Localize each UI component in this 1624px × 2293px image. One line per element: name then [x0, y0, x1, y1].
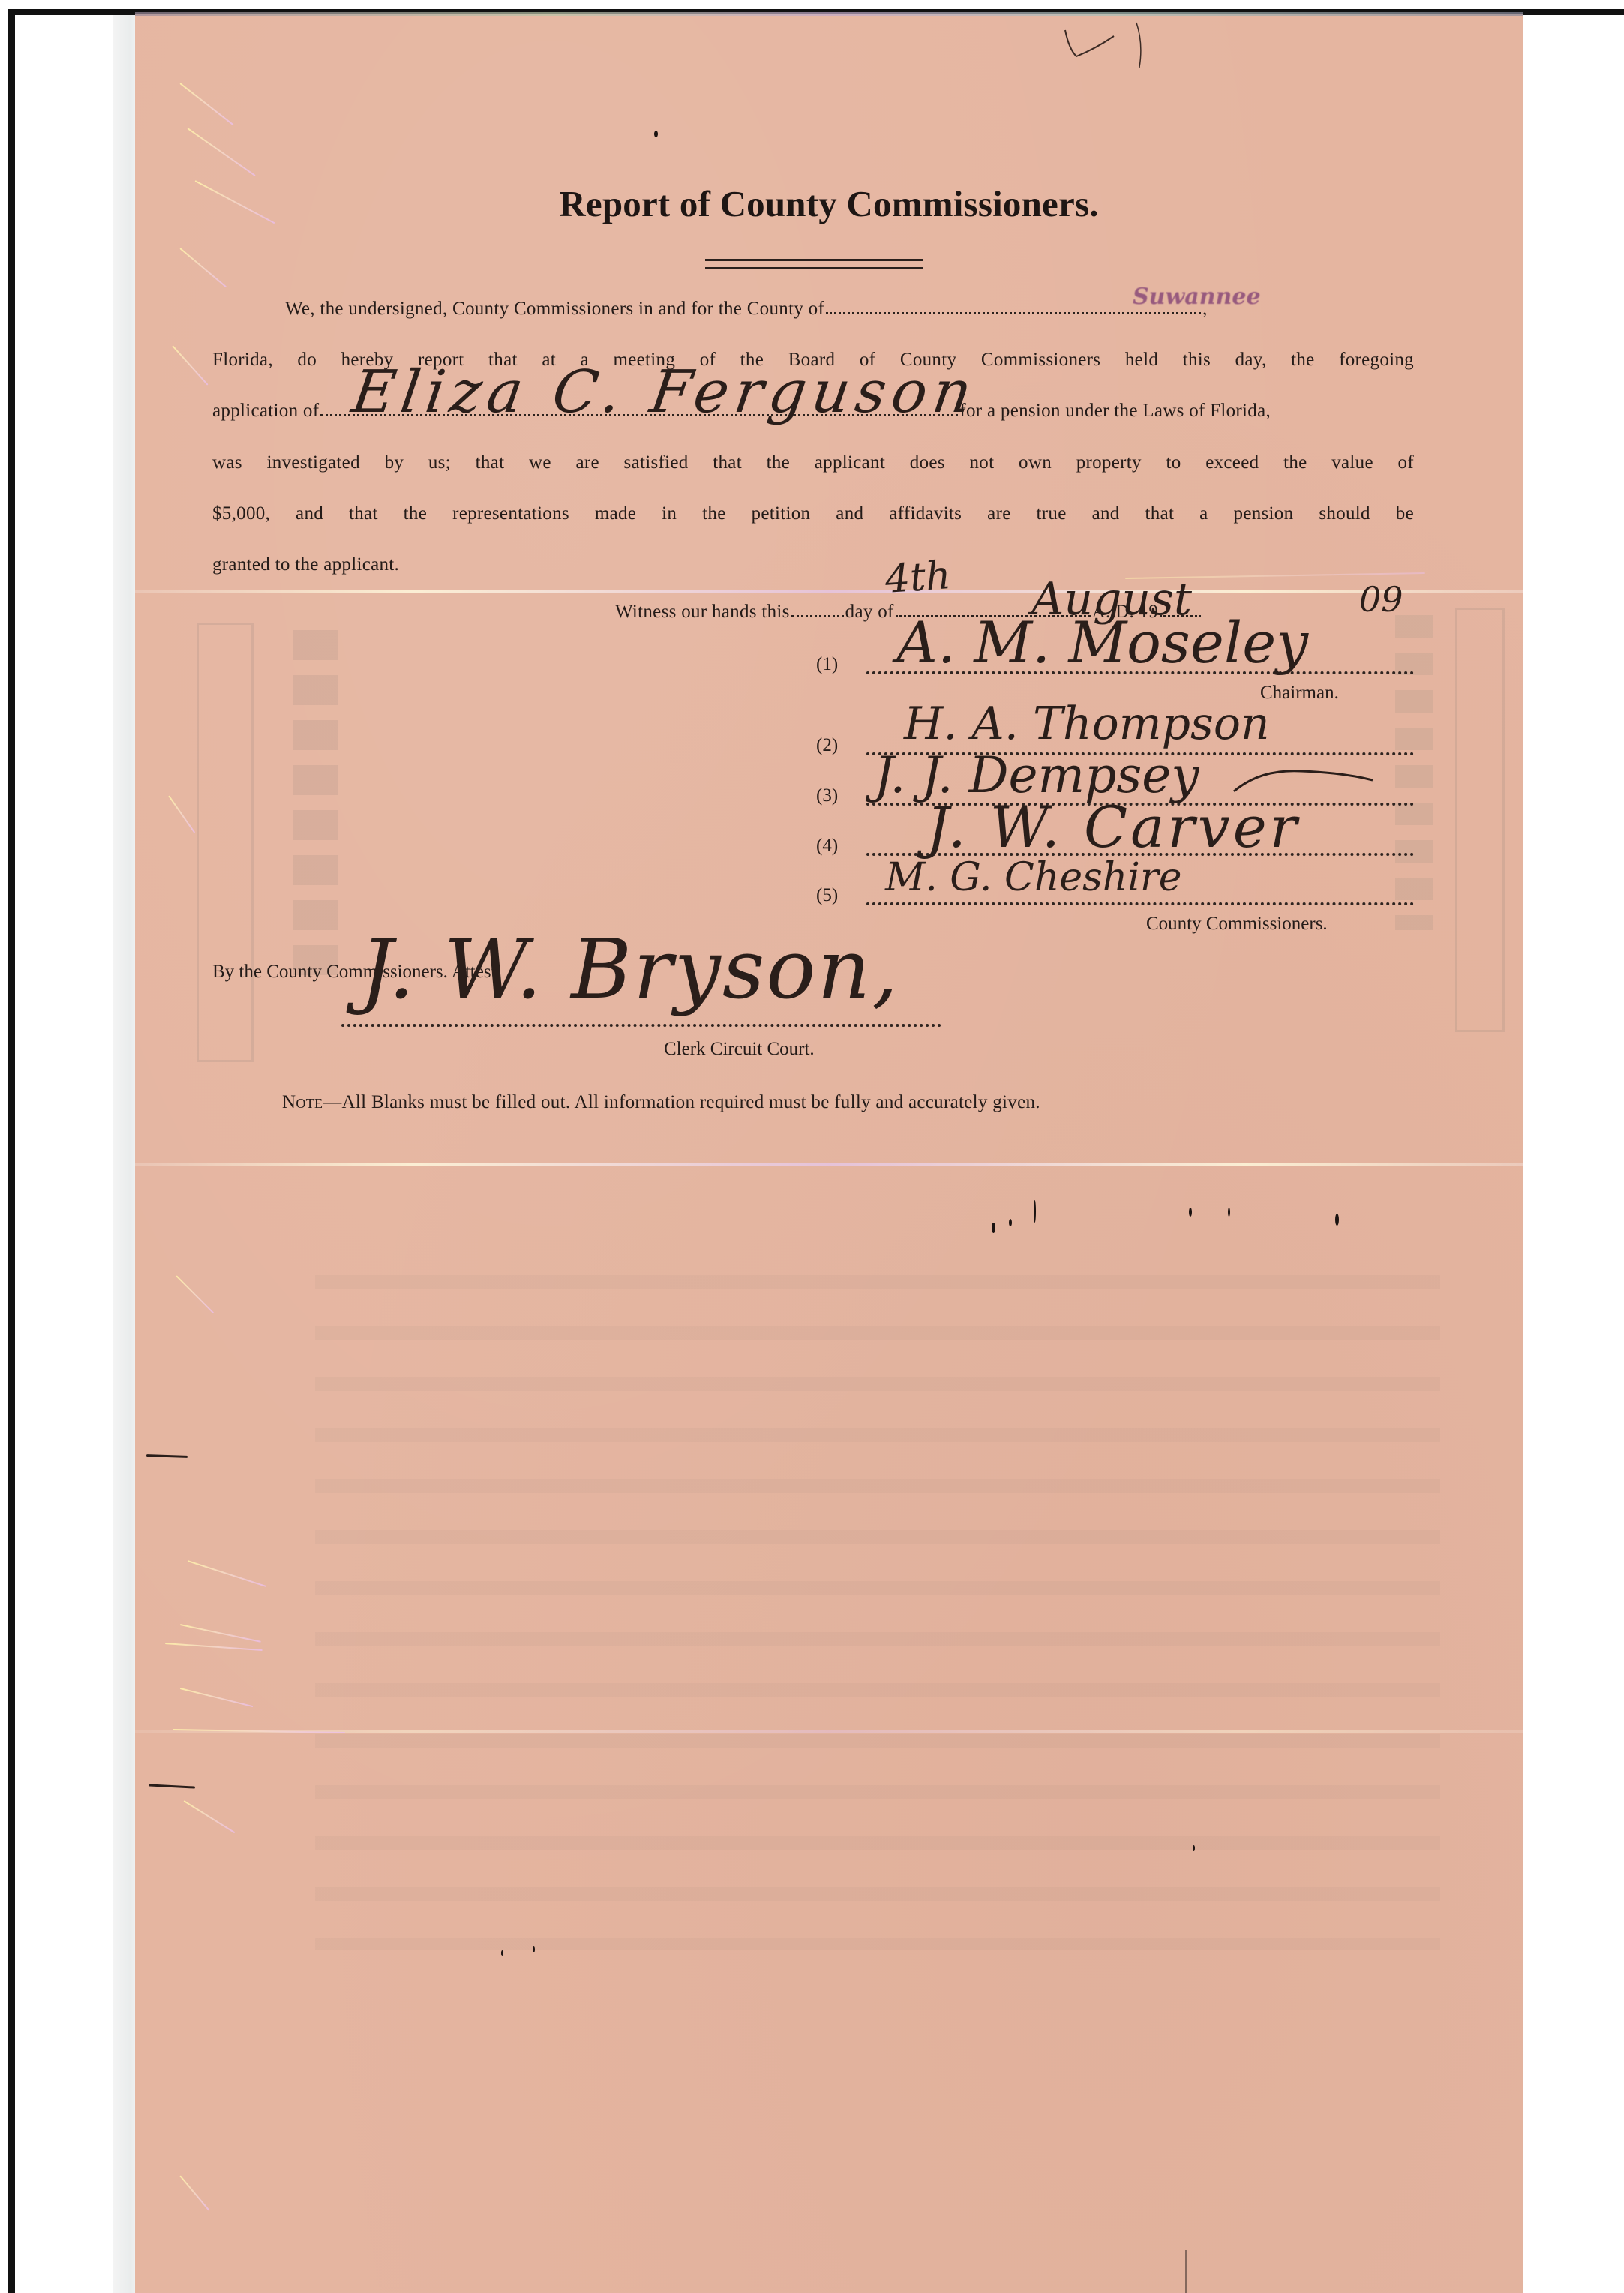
body-line-4: was investigated by us; that we are sati…	[212, 452, 1414, 473]
signature-number: (1)	[816, 654, 838, 675]
signature-line	[866, 902, 1414, 905]
fold-crease	[135, 1163, 1523, 1166]
body-line-6: granted to the applicant.	[212, 554, 399, 575]
note-prefix: Note	[282, 1092, 323, 1112]
bleed-border	[1455, 608, 1505, 1032]
body-line-5: $5,000, and that the representations mad…	[212, 503, 1414, 524]
bleed-lines	[315, 1275, 1440, 1950]
pencil-mark	[1050, 15, 1200, 68]
signature-number: (5)	[816, 885, 838, 906]
pen-flourish	[1230, 765, 1380, 795]
signature-number: (4)	[816, 836, 838, 857]
scanner-frame-left	[8, 9, 15, 2293]
paper-crease	[1185, 2250, 1187, 2293]
document-title: Report of County Commissioners.	[135, 182, 1523, 225]
paper-top-edge	[135, 12, 1523, 16]
chairman-caption: Chairman.	[1260, 683, 1339, 704]
bleed-block	[293, 630, 338, 990]
county-blank	[826, 312, 1201, 314]
signature-number: (2)	[816, 735, 838, 756]
applicant-name-handwritten: Eliza C. Ferguson	[348, 359, 982, 426]
signature-chairman: A. M. Moseley	[896, 609, 1308, 676]
bleed-text	[240, 623, 300, 638]
county-label: We, the undersigned, County Commissioner…	[285, 299, 824, 319]
bleed-block	[1395, 615, 1433, 930]
signature-commissioner-2: H. A. Thompson	[904, 698, 1270, 750]
signature-number: (3)	[816, 785, 838, 806]
year-handwritten: 09	[1359, 579, 1403, 620]
day-blank	[791, 615, 844, 617]
note-line: Note—All Blanks must be filled out. All …	[282, 1092, 1040, 1113]
ink-dot	[654, 131, 658, 137]
clerk-signature: J. W. Bryson,	[360, 921, 899, 1017]
signature-commissioner-4: J. W. Carver	[926, 794, 1300, 860]
county-commissioners-caption: County Commissioners.	[1146, 914, 1328, 935]
clerk-signature-line	[341, 1024, 941, 1027]
county-stamp: Suwannee	[1133, 284, 1261, 310]
note-text: —All Blanks must be filled out. All info…	[323, 1092, 1040, 1112]
fold-crease	[135, 590, 1523, 593]
signature-commissioner-5: M. G. Cheshire	[885, 855, 1182, 900]
applicant-label: application of	[212, 401, 319, 421]
day-handwritten: 4th	[884, 553, 952, 602]
title-double-rule	[705, 259, 923, 269]
clerk-title: Clerk Circuit Court.	[664, 1039, 815, 1060]
bleed-border	[197, 623, 254, 1062]
body-line-1: We, the undersigned, County Commissioner…	[285, 299, 1208, 320]
